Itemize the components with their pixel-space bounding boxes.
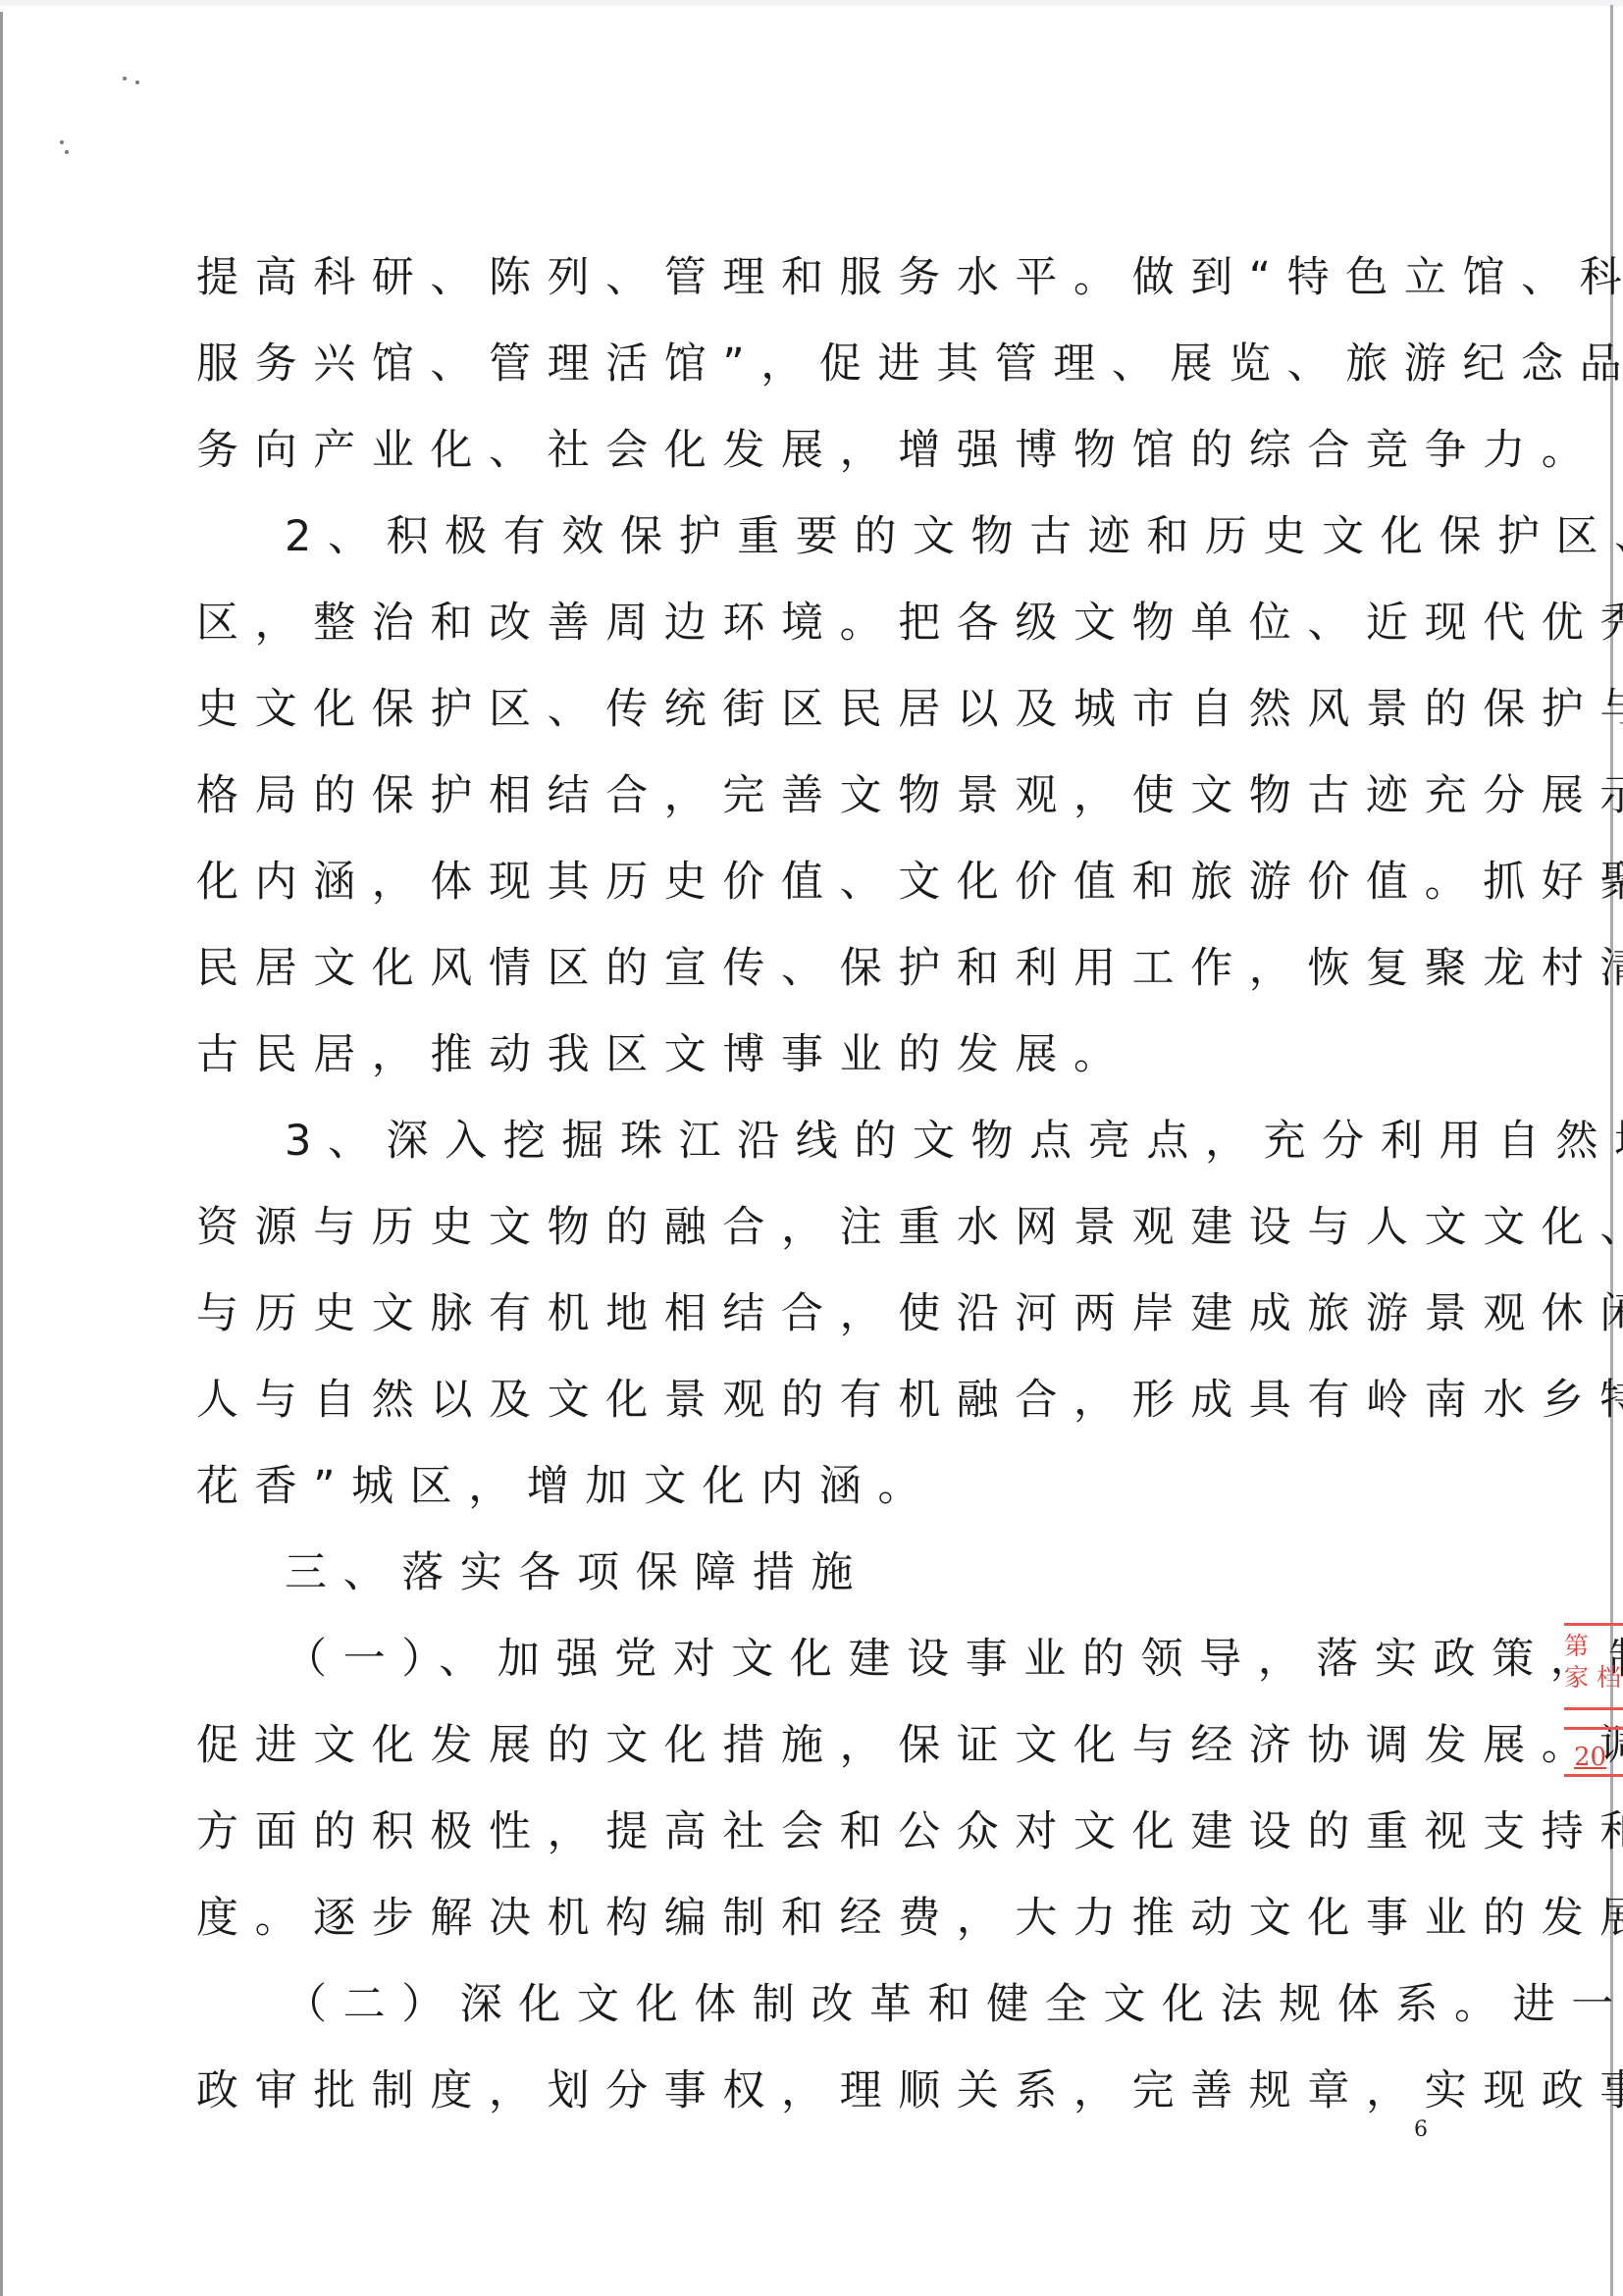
stamp-rule — [1564, 1707, 1623, 1710]
text-line: 区，整治和改善周边环境。把各级文物单位、近现代优秀建筑、历 — [196, 586, 1438, 672]
text-line: 古民居，推动我区文博事业的发展。 — [196, 1018, 1438, 1104]
text-line: 史文化保护区、传统街区民居以及城市自然风景的保护与城区空间 — [196, 672, 1438, 758]
section-heading: 三、落实各项保障措施 — [196, 1536, 1438, 1622]
scan-top-edge — [0, 0, 1623, 6]
scan-speck — [135, 80, 139, 84]
scan-speck — [65, 150, 69, 154]
stamp-line-1: 第 — [1564, 1631, 1621, 1662]
stamp-line-2: 家 档 — [1564, 1662, 1621, 1694]
text-line: 资源与历史文物的融合，注重水网景观建设与人文文化、河涌整治 — [196, 1190, 1438, 1277]
text-line: 民居文化风情区的宣传、保护和利用工作，恢复聚龙村清代特色的 — [196, 931, 1438, 1018]
text-line: 度。逐步解决机构编制和经费，大力推动文化事业的发展。 — [196, 1881, 1438, 1967]
paragraph-start-line: （一）、加强党对文化建设事业的领导，落实政策，制定实施 — [196, 1622, 1438, 1708]
text-line: 提高科研、陈列、管理和服务水平。做到“特色立馆、科技强馆、 — [196, 240, 1438, 327]
stamp-rule — [1564, 1774, 1623, 1777]
stamp-number: 20 — [1574, 1743, 1606, 1772]
text-line: 人与自然以及文化景观的有机融合，形成具有岭南水乡特色“水秀 — [196, 1363, 1438, 1449]
text-line: 务向产业化、社会化发展，增强博物馆的综合竞争力。 — [196, 413, 1438, 499]
scan-left-edge — [0, 12, 3, 2296]
text-line: 花香”城区，增加文化内涵。 — [196, 1449, 1438, 1536]
text-line: 政审批制度，划分事权，理顺关系，完善规章，实现政事分开、政 — [196, 2054, 1438, 2140]
text-line: 促进文化发展的文化措施，保证文化与经济协调发展。调动社会各 — [196, 1708, 1438, 1795]
text-line: 格局的保护相结合，完善文物景观，使文物古迹充分展示蕴含的文 — [196, 758, 1438, 845]
text-line: 与历史文脉有机地相结合，使沿河两岸建成旅游景观休闲带，体现 — [196, 1277, 1438, 1363]
scan-speck — [123, 77, 127, 80]
page-number: 6 — [1414, 2117, 1428, 2142]
stamp-text: 第 家 档 — [1564, 1631, 1621, 1694]
archive-stamp: 第 家 档 20 — [1562, 1617, 1623, 1779]
text-line: 化内涵，体现其历史价值、文化价值和旅游价值。抓好聚龙村乡村 — [196, 845, 1438, 931]
document-body: 提高科研、陈列、管理和服务水平。做到“特色立馆、科技强馆、 服务兴馆、管理活馆”… — [196, 240, 1438, 2140]
paragraph-start-line: 3、深入挖掘珠江沿线的文物点亮点，充分利用自然地理条件 — [196, 1104, 1438, 1190]
stamp-rule — [1564, 1623, 1623, 1626]
paragraph-start-line: （二）深化文化体制改革和健全文化法规体系。进一步改革行 — [196, 1967, 1438, 2054]
scan-speck — [60, 140, 64, 144]
text-line: 方面的积极性，提高社会和公众对文化建设的重视支持和参与的程 — [196, 1795, 1438, 1881]
paragraph-start-line: 2、积极有效保护重要的文物古迹和历史文化保护区、传统街 — [196, 499, 1438, 586]
stamp-rule — [1564, 1727, 1623, 1730]
text-line: 服务兴馆、管理活馆”，促进其管理、展览、旅游纪念品开发和服 — [196, 327, 1438, 413]
